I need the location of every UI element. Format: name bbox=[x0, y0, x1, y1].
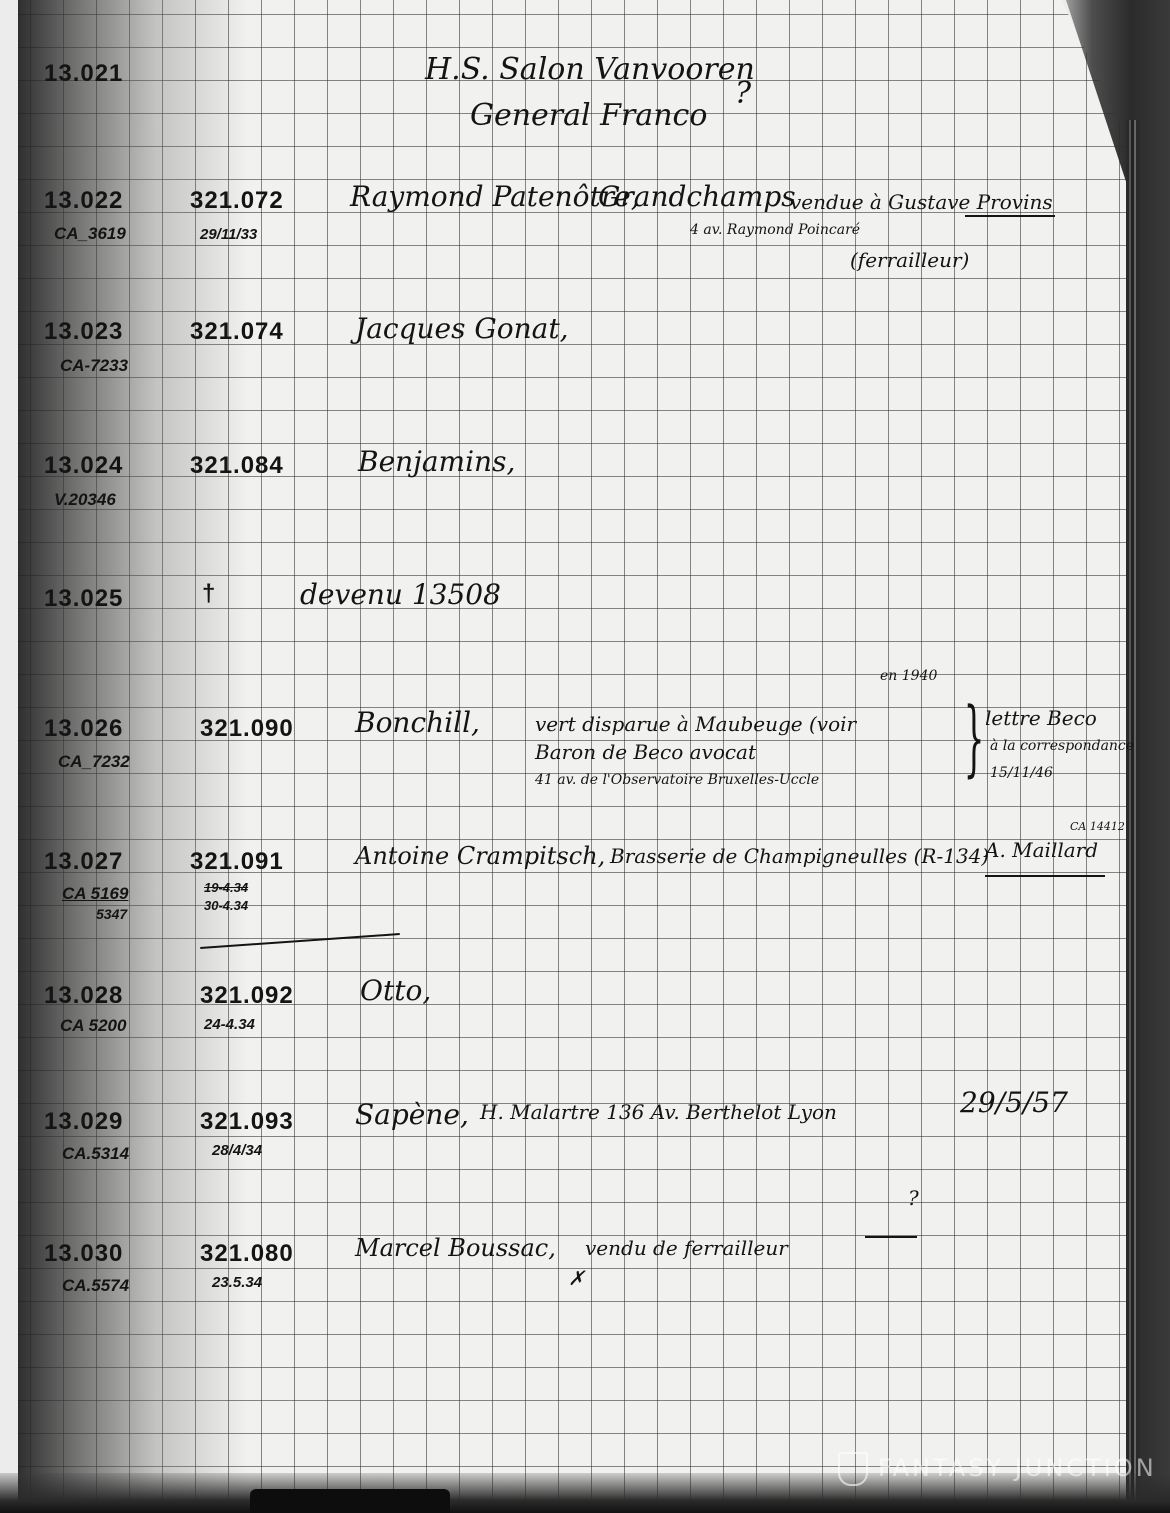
entry-date: 29/11/33 bbox=[200, 226, 257, 243]
entry-date: 28/4/34 bbox=[212, 1142, 262, 1159]
entry-number: 13.023 bbox=[44, 318, 123, 346]
entry-note-address: 4 av. Raymond Poincaré bbox=[690, 222, 860, 238]
side-date: 29/5/57 bbox=[960, 1086, 1068, 1119]
lot-number: 321.091 bbox=[190, 848, 284, 876]
entry-note: devenu 13508 bbox=[300, 578, 501, 611]
entry-ref: CA_3619 bbox=[54, 224, 126, 244]
lot-number: 321.084 bbox=[190, 452, 284, 480]
entry-ref: CA.5314 bbox=[62, 1144, 129, 1164]
owner-name: Otto, bbox=[360, 974, 431, 1007]
owner-name: Raymond Patenôtre, bbox=[350, 180, 640, 213]
owner-name: Sapène, bbox=[355, 1098, 469, 1131]
ledger-photo: 13.021 H.S. Salon Vanvooren General Fran… bbox=[0, 0, 1170, 1513]
header-line-1: H.S. Salon Vanvooren bbox=[425, 52, 755, 87]
entry-number: 13.026 bbox=[44, 715, 123, 743]
entry-number: 13.025 bbox=[44, 585, 123, 613]
entry-number: 13.027 bbox=[44, 848, 123, 876]
header-line-2: General Franco bbox=[470, 98, 707, 133]
entry-number: 13.022 bbox=[44, 187, 123, 215]
entry-ref: CA 5169 bbox=[62, 884, 128, 904]
owner-name: Bonchill, bbox=[355, 706, 480, 739]
lot-number: 321.090 bbox=[200, 715, 294, 743]
entry-note-line-2: Baron de Beco avocat bbox=[535, 740, 756, 764]
owner-name: Marcel Boussac, bbox=[355, 1234, 556, 1262]
entry-date: 30-4.34 bbox=[204, 898, 248, 913]
question-mark: ? bbox=[735, 76, 751, 111]
entry-ref: V.20346 bbox=[54, 490, 116, 510]
lot-number: 321.072 bbox=[190, 187, 284, 215]
lot-number: 321.080 bbox=[200, 1240, 294, 1268]
entry-number: 13.021 bbox=[44, 60, 123, 88]
shield-icon bbox=[838, 1452, 868, 1486]
side-note-name: A. Maillard bbox=[985, 838, 1098, 862]
owner-name: Antoine Crampitsch, bbox=[355, 842, 605, 870]
watermark: FANTASY JUNCTION bbox=[838, 1452, 1157, 1486]
entry-ref-2: 5347 bbox=[96, 906, 127, 922]
entry-ref: CA_7232 bbox=[58, 752, 130, 772]
entry-date: 24-4.34 bbox=[204, 1016, 255, 1033]
owner-name: Benjamins, bbox=[358, 445, 515, 478]
lot-number: 321.093 bbox=[200, 1108, 294, 1136]
underline bbox=[985, 875, 1105, 877]
owner-detail: H. Malartre 136 Av. Berthelot Lyon bbox=[480, 1100, 837, 1124]
entry-date: 23.5.34 bbox=[212, 1274, 262, 1291]
entry-note-line-3: 41 av. de l'Observatoire Bruxelles-Uccle bbox=[535, 772, 819, 788]
owner-detail: vendu de ferrailleur bbox=[585, 1236, 788, 1260]
owner-detail: Grandchamps bbox=[598, 180, 796, 213]
owner-detail: Brasserie de Champigneulles (R-134) bbox=[610, 844, 989, 868]
entry-note-line-1: vert disparue à Maubeuge (voir bbox=[535, 712, 856, 736]
side-note-1: lettre Beco bbox=[985, 706, 1097, 730]
book-edge bbox=[1126, 120, 1140, 1513]
entry-ref: CA.5574 bbox=[62, 1276, 129, 1296]
entry-number: 13.028 bbox=[44, 982, 123, 1010]
entry-number: 13.024 bbox=[44, 452, 123, 480]
owner-name: Jacques Gonat, bbox=[355, 312, 569, 345]
side-note-2: à la correspondance bbox=[990, 738, 1134, 754]
binding-tab bbox=[250, 1489, 450, 1513]
side-note-date: 15/11/46 bbox=[990, 765, 1053, 781]
brace: } bbox=[964, 698, 985, 780]
entry-date-struck: 19-4.34 bbox=[204, 880, 248, 895]
underline bbox=[965, 215, 1055, 217]
entry-ref: CA 5200 bbox=[60, 1016, 126, 1036]
entry-note-occupation: (ferrailleur) bbox=[850, 248, 969, 272]
entry-note: vendue à Gustave Provins bbox=[790, 190, 1053, 214]
side-note-ref: CA 14412 bbox=[1070, 820, 1125, 833]
dash-line bbox=[865, 1236, 917, 1238]
cross-mark: ✗ bbox=[568, 1266, 585, 1290]
watermark-text: FANTASY JUNCTION bbox=[878, 1454, 1157, 1482]
entry-number: 13.029 bbox=[44, 1108, 123, 1136]
entry-ref: CA-7233 bbox=[60, 356, 128, 376]
question-mark: ? bbox=[908, 1186, 919, 1210]
note-year: en 1940 bbox=[880, 668, 937, 684]
entry-number: 13.030 bbox=[44, 1240, 123, 1268]
lot-number: 321.074 bbox=[190, 318, 284, 346]
lot-number: 321.092 bbox=[200, 982, 294, 1010]
deceased-mark: † bbox=[202, 580, 216, 608]
